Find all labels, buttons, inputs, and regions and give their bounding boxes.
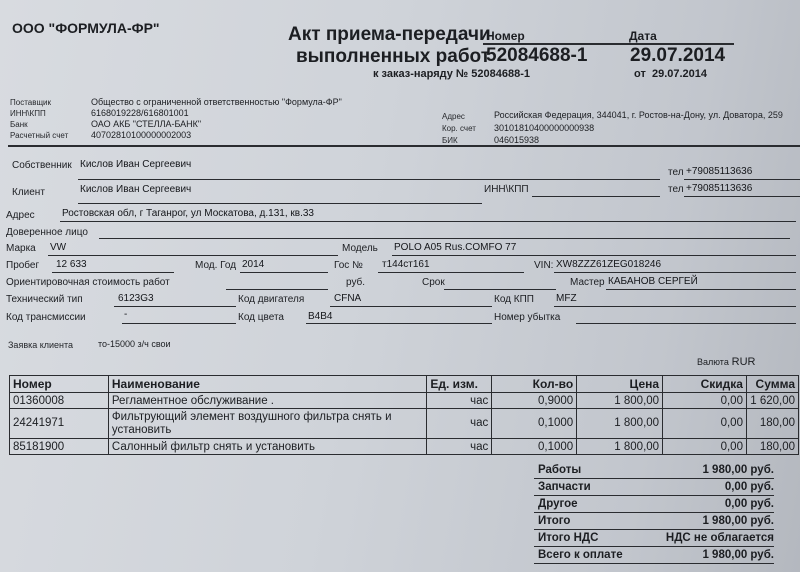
row-price: 1 800,00 [577,409,663,439]
total-works: Работы 1 980,00 руб. [534,462,774,479]
table-row: 24241971 Фильтрующий элемент воздушного … [10,409,799,439]
client-address-underline [60,221,796,222]
document-title-line1: Акт приема-передачи [288,24,491,46]
engine-code-value: CFNA [334,293,361,304]
total-payable: Всего к оплате 1 980,00 руб. [534,547,774,564]
total-vat-label: Итого НДС [538,532,598,544]
master-value: КАБАНОВ СЕРГЕЙ [608,276,698,287]
client-tel-underline [684,196,800,197]
total-parts-label: Запчасти [538,481,591,493]
transmission-code-underline [122,323,236,324]
order-date-value: 29.07.2014 [652,68,707,80]
row-sum: 1 620,00 [746,393,798,409]
term-underline [444,289,556,290]
row-number: 85181900 [10,439,109,455]
model-year-label: Мод. Год [195,260,236,271]
client-tel-value: +79085113636 [686,183,752,194]
currency-label: Валюта [697,357,729,367]
trustee-underline [99,238,790,239]
total-works-label: Работы [538,464,581,476]
client-request-label: Заявка клиента [8,340,73,350]
col-number: Номер [10,376,109,393]
total-parts: Запчасти 0,00 руб. [534,479,774,496]
total-parts-value: 0,00 руб. [725,481,774,493]
make-value: VW [50,242,66,253]
document-date: 29.07.2014 [630,45,725,67]
damage-number-label: Номер убытка [494,312,560,323]
master-underline [606,289,796,290]
client-underline [78,203,482,204]
services-table: Номер Наименование Ед. изм. Кол-во Цена … [9,375,799,455]
order-ref-label: к заказ-наряду № [373,68,468,80]
row-unit: час [427,393,492,409]
owner-value: Кислов Иван Сергеевич [80,159,191,170]
bank-value: ОАО АКБ "СТЕЛЛА-БАНК" [91,119,201,129]
total-other-value: 0,00 руб. [725,498,774,510]
total-payable-value: 1 980,00 руб. [702,549,774,561]
row-unit: час [427,439,492,455]
supplier-address-label: Адрес [442,112,465,121]
order-date: от 29.07.2014 [634,68,707,80]
order-reference: к заказ-наряду № 52084688-1 [373,68,530,80]
totals-block: Работы 1 980,00 руб. Запчасти 0,00 руб. … [534,462,774,564]
order-date-label: от [634,68,646,80]
bik-label: БИК [442,136,458,145]
row-qty: 0,1000 [492,439,577,455]
client-request-value: то-15000 з/ч свои [98,339,171,349]
row-unit: час [427,409,492,439]
engine-code-underline [330,306,492,307]
col-name: Наименование [108,376,426,393]
model-year-value: 2014 [242,259,264,270]
owner-tel-value: +79085113636 [686,166,752,177]
row-name: Салонный фильтр снять и установить [108,439,426,455]
total-sum: Итого 1 980,00 руб. [534,513,774,530]
supplier-inn-value: 6168019228/616801001 [91,108,189,118]
col-qty: Кол-во [492,376,577,393]
supplier-divider [8,145,800,147]
table-row: 01360008 Регламентное обслуживание . час… [10,393,799,409]
plate-value: т144ст161 [382,259,430,270]
row-sum: 180,00 [746,439,798,455]
client-label: Клиент [12,187,45,198]
gearbox-code-underline [554,306,796,307]
client-address-label: Адрес [6,210,35,221]
table-row: 85181900 Салонный фильтр снять и установ… [10,439,799,455]
row-discount: 0,00 [663,439,747,455]
col-sum: Сумма [746,376,798,393]
corr-account-label: Кор. счет [442,124,476,133]
total-works-value: 1 980,00 руб. [702,464,774,476]
col-price: Цена [577,376,663,393]
corr-account-value: 30101810400000000938 [494,123,594,133]
mileage-value: 12 633 [56,259,87,270]
damage-number-underline [576,323,796,324]
row-discount: 0,00 [663,409,747,439]
mileage-label: Пробег [6,260,39,271]
row-name: Регламентное обслуживание . [108,393,426,409]
estimated-cost-underline [226,289,328,290]
tech-type-underline [114,306,236,307]
row-discount: 0,00 [663,393,747,409]
model-value: POLO A05 Rus.COMFO 77 [394,242,516,253]
total-other: Другое 0,00 руб. [534,496,774,513]
estimated-cost-label: Ориентировочная стоимость работ [6,277,170,288]
tech-type-value: 6123G3 [118,293,154,304]
term-label: Срок [422,277,445,288]
number-label: Номер [486,29,525,43]
color-code-value: B4B4 [308,311,332,322]
supplier-label: Поставщик [10,98,51,107]
bank-label: Банк [10,120,28,129]
row-number: 01360008 [10,393,109,409]
owner-underline [78,179,660,180]
owner-label: Собственник [12,160,72,171]
bik-value: 046015938 [494,135,539,145]
account-label: Расчетный счет [10,131,68,140]
currency: Валюта RUR [697,356,755,368]
client-inn-underline [532,196,660,197]
transmission-code-value: - [124,309,127,320]
row-qty: 0,9000 [492,393,577,409]
vin-label: VIN: [534,260,553,271]
supplier-inn-label: ИНН\КПП [10,109,46,118]
supplier-address-value: Российская Федерация, 344041, г. Ростов-… [494,110,783,120]
make-underline [48,255,338,256]
total-vat: Итого НДС НДС не облагается [534,530,774,547]
total-other-label: Другое [538,498,578,510]
order-ref-number: 52084688-1 [471,68,530,80]
mileage-underline [52,272,174,273]
table-header-row: Номер Наименование Ед. изм. Кол-во Цена … [10,376,799,393]
plate-label: Гос № [334,260,363,271]
plate-underline [378,272,524,273]
model-label: Модель [342,243,378,254]
gearbox-code-label: Код КПП [494,294,534,305]
total-payable-label: Всего к оплате [538,549,623,561]
color-code-underline [306,323,492,324]
total-sum-label: Итого [538,515,570,527]
master-label: Мастер [570,277,605,288]
date-label: Дата [629,29,657,43]
gearbox-code-value: MFZ [556,293,577,304]
color-code-label: Код цвета [238,312,284,323]
row-number: 24241971 [10,409,109,439]
row-name: Фильтрующий элемент воздушного фильтра с… [108,409,426,439]
model-underline [392,255,796,256]
row-price: 1 800,00 [577,393,663,409]
row-sum: 180,00 [746,409,798,439]
vin-value: XW8ZZZ61ZEG018246 [556,259,661,270]
vin-underline [554,272,796,273]
model-year-underline [240,272,328,273]
owner-tel-label: тел [668,167,684,178]
document-number: 52084688-1 [486,45,587,67]
client-inn-label: ИНН\КПП [484,184,529,195]
col-unit: Ед. изм. [427,376,492,393]
owner-tel-underline [684,179,800,180]
document-title-line2: выполненных работ [296,46,490,68]
trustee-label: Доверенное лицо [6,227,88,238]
col-discount: Скидка [663,376,747,393]
rub-label: руб. [346,277,365,288]
account-value: 40702810100000002003 [91,130,191,140]
total-vat-value: НДС не облагается [666,532,774,544]
client-address-value: Ростовская обл, г Таганрог, ул Москатова… [62,208,314,219]
client-value: Кислов Иван Сергеевич [80,184,191,195]
tech-type-label: Технический тип [6,294,83,305]
row-qty: 0,1000 [492,409,577,439]
currency-value: RUR [732,356,756,368]
client-tel-label: тел [668,184,684,195]
company-name: ООО "ФОРМУЛА-ФР" [12,20,160,36]
total-sum-value: 1 980,00 руб. [702,515,774,527]
make-label: Марка [6,243,36,254]
engine-code-label: Код двигателя [238,294,304,305]
transmission-code-label: Код трансмиссии [6,312,86,323]
row-price: 1 800,00 [577,439,663,455]
supplier-value: Общество с ограниченной ответственностью… [91,97,342,107]
